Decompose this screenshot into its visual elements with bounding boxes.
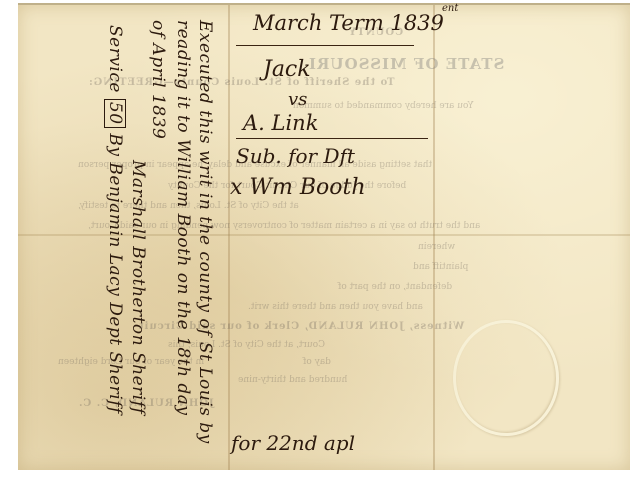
fold-line-right <box>433 5 435 470</box>
return-line-1: Executed this writ in the county of St L… <box>195 20 215 444</box>
return-line-2: reading it to William Booth on the 18th … <box>173 20 193 416</box>
ghost-state-heading: STATE OF MISSOURI <box>308 55 504 73</box>
service-fee: 50 <box>104 99 126 128</box>
fold-line-left <box>228 5 230 470</box>
ghost-line-plaintiff: plaintiff and <box>413 262 468 272</box>
ghost-line-defendant: defendant, on the part of <box>338 282 452 292</box>
docket-rule-2 <box>236 138 428 139</box>
return-line-5: Service 50 By Benjamin Lacy Dept Sheriff <box>105 25 125 414</box>
ghost-line-have: and have you then and there this writ. <box>248 302 423 312</box>
ghost-line-day: day of <box>303 357 331 367</box>
docket-term: March Term 1839 <box>253 11 444 35</box>
ghost-commanded: You are hereby commanded to summon <box>293 101 474 111</box>
document-paper: COUNTY STATE OF MISSOURI To the Sheriff … <box>18 3 630 470</box>
return-line-4: Marshall Brotherton Sheriff <box>128 160 148 414</box>
service-label: Service <box>105 25 125 93</box>
ghost-line-hundred: hundred and thirty-nine <box>238 375 347 385</box>
return-line-3: of April 1839 <box>148 20 168 139</box>
deputy-signature: By Benjamin Lacy Dept Sheriff <box>105 133 125 413</box>
docket-versus: vs <box>288 89 307 110</box>
docket-superscript: ent <box>442 3 458 14</box>
docket-plaintiff: Jack <box>263 57 311 82</box>
ghost-line-wherein: wherein <box>418 242 455 252</box>
docket-footer-note: for 22nd apl <box>231 431 355 455</box>
docket-subpoena-note: Sub. for Dft <box>236 144 355 168</box>
docket-witness: x Wm Booth <box>230 175 366 200</box>
embossed-seal <box>453 320 559 436</box>
ghost-greeting: To the Sheriff of St. Louis County—GREET… <box>88 77 395 88</box>
docket-defendant: A. Link <box>243 111 318 135</box>
docket-rule-1 <box>236 45 414 46</box>
